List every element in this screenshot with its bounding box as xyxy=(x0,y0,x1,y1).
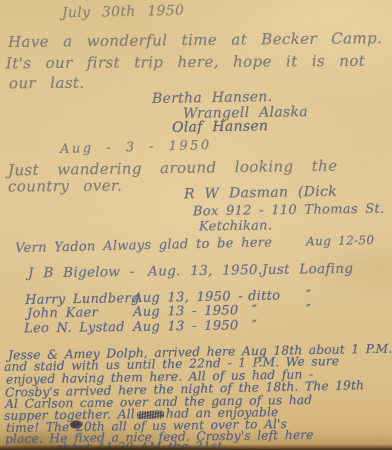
entry-july30-date: July 30th 1950 xyxy=(62,3,185,22)
entry-row-name: Leo N. Lystad xyxy=(24,320,125,336)
entry-row-ditto-mark: ″ xyxy=(306,288,311,303)
entry-july30-line1: Have a wonderful time at Becker Camp. xyxy=(8,29,382,51)
entry-aug3-line1: Just wandering around looking the xyxy=(8,157,338,180)
entry-yadon-name: Vern Yadon xyxy=(15,239,96,256)
entry-yadon-note: Always glad to be here xyxy=(103,235,272,254)
entry-aug3-line2: country over. xyxy=(8,177,122,196)
entry-july30-line3: our last. xyxy=(9,74,85,93)
entry-bigelow-note: Just Loafing xyxy=(262,261,353,278)
entry-aug3-signature-address: Box 912 - 110 Thomas St. xyxy=(193,202,385,220)
entry-yadon-date: Aug 12-50 xyxy=(306,233,374,249)
page-edge-shadow xyxy=(0,445,392,450)
entry-aug3-date: Aug - 3 - 1950 xyxy=(60,138,212,157)
entry-row-note: ″ xyxy=(252,303,257,318)
entry-row-lundberg: Harry Lundberg Aug 13, 1950 - ditto ″ xyxy=(0,287,392,294)
entry-bigelow-row: J B Bigelow - Aug. 13, 1950. Just Loafin… xyxy=(0,260,392,265)
entry-july30-signature-olaf: Olaf Hansen xyxy=(172,118,269,136)
entry-row-date: Aug 13 - 1950 xyxy=(133,303,239,319)
entry-bigelow-date: Aug. 13, 1950. xyxy=(148,262,262,280)
entry-aug3-signature-name: R W Dasman (Dick xyxy=(184,184,337,203)
entry-bigelow-name: J B Bigelow - xyxy=(28,264,135,281)
entry-row-note: ″ xyxy=(252,318,257,333)
entry-row-ditto-mark: ″ xyxy=(306,302,311,317)
guestbook-page: July 30th 1950 Have a wonderful time at … xyxy=(0,0,392,450)
entry-july30-line2: It's our first trip here, hope it is not xyxy=(6,52,365,73)
entry-row-date: Aug 13 - 1950 xyxy=(133,318,239,334)
entry-aug3-signature-city: Ketchikan. xyxy=(199,218,272,234)
entry-row-name: John Kaer xyxy=(27,305,98,321)
ink-blot xyxy=(70,420,82,429)
entry-row-note: ditto xyxy=(248,289,281,305)
entry-yadon-row: Vern Yadon Always glad to be here Aug 12… xyxy=(0,233,392,242)
